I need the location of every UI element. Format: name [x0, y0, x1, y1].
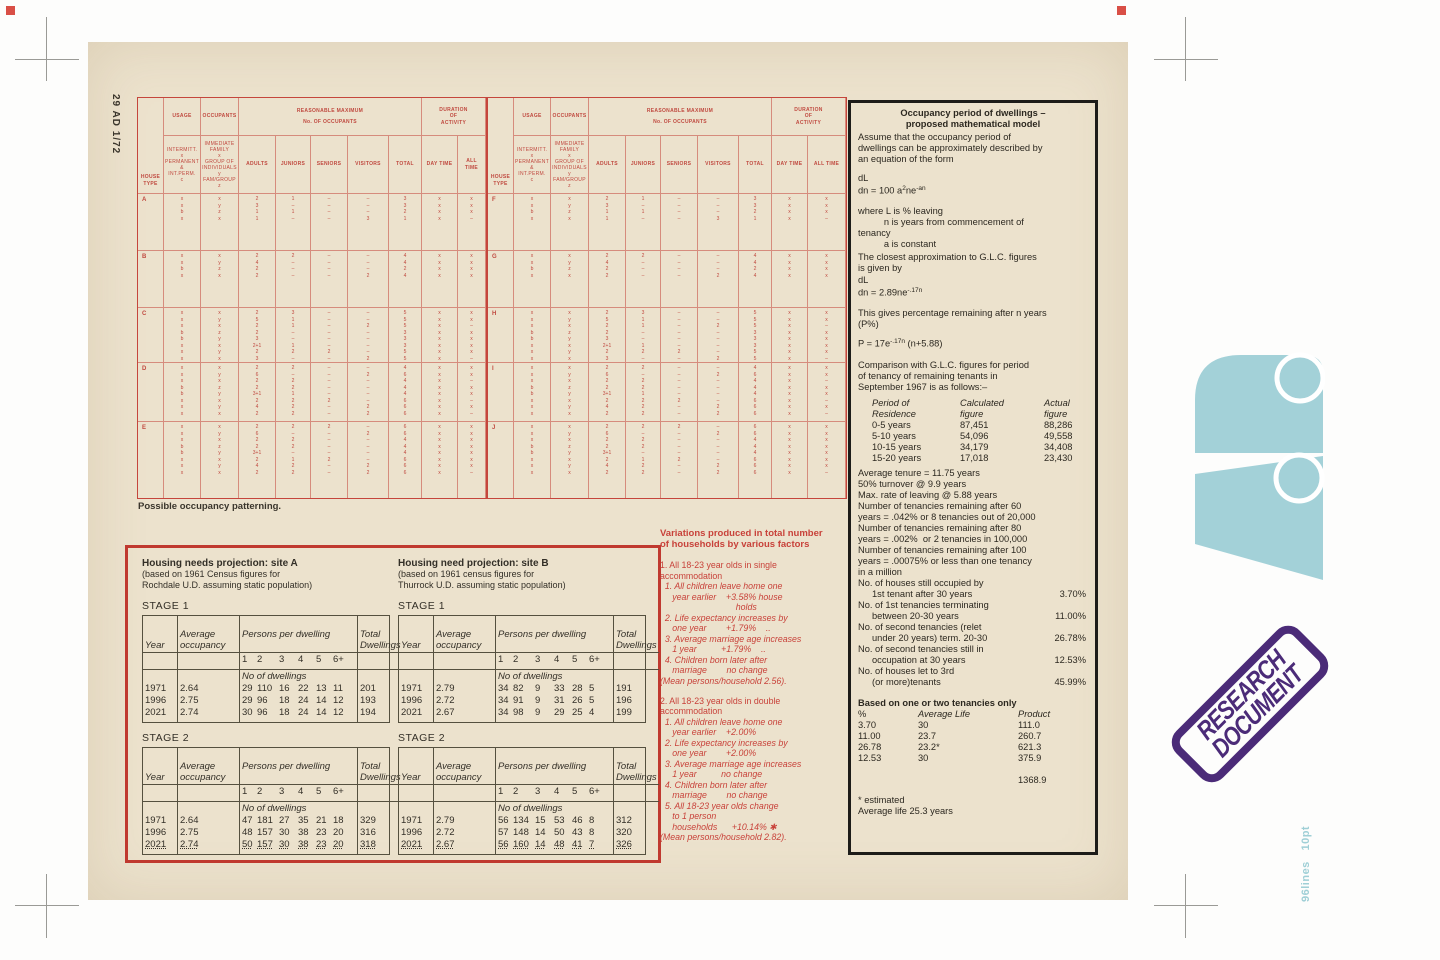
- form-cell: xyxzyxyx: [201, 308, 239, 362]
- form-cell: 26223+1242: [589, 363, 626, 421]
- occupancy-cell: 2.74: [180, 707, 237, 719]
- site-subtitle: Rochdale U.D. assuming static population…: [142, 580, 390, 591]
- ppd-cells: 3498929254: [498, 707, 611, 719]
- column-header: ALL TIME: [808, 136, 846, 194]
- form-cell: xxxbbxxx: [514, 422, 551, 498]
- occupancy-form-header: HOUSETYPEUSAGEOCCUPANTSREASONABLE MAXIMU…: [138, 98, 486, 194]
- equation-2: dL dn = 2.89ne-.17n: [858, 276, 1088, 299]
- duration-header: DURATIONOFACTIVITY: [772, 98, 846, 136]
- ad-magazine-logo: [1183, 352, 1325, 610]
- usage-subheader: INTERMITT.xPERMANENT&INT.PERM.c: [514, 136, 551, 194]
- housing-table: YearAverageoccupancyPersons per dwelling…: [398, 747, 646, 855]
- form-cell: –––3: [348, 194, 389, 250]
- column-header: ADULTS: [589, 136, 626, 194]
- crop-mark-top-left-v: [46, 17, 47, 81]
- variations-section: 1. All 18-23 year olds in singleaccommod…: [660, 560, 842, 686]
- occupancy-header: Averageoccupancy: [177, 748, 239, 784]
- form-cell: xxxxxxxx: [772, 363, 808, 421]
- house-type-row: Cxxxbbxxxxyxzyxyx252232+123311––12––––––…: [138, 308, 486, 363]
- percentage-item: No. of second tenancies still inoccupati…: [858, 644, 1088, 666]
- occupants-subheader: IMMEDIATEFAMILYxGROUP OFINDIVIDUALSyFAM/…: [551, 136, 589, 194]
- form-cell: xxxxxxxx: [772, 308, 808, 362]
- site-subtitle: (based on 1961 Census figures for: [142, 569, 390, 580]
- column-header: ALL TIME: [458, 136, 486, 194]
- comparison-cell: 88,286: [1044, 420, 1088, 431]
- column-header: DAY TIME: [422, 136, 458, 194]
- form-cell: 2422: [239, 251, 276, 307]
- comparison-cell: 87,451: [960, 420, 1044, 431]
- housing-table: YearAverageoccupancyPersons per dwelling…: [142, 747, 390, 855]
- crop-mark-top-right-h: [1154, 59, 1218, 60]
- house-type-row: Jxxxbbxxxxyxzyxyx26223+12422–22–1222––––…: [488, 422, 846, 499]
- form-cell: –2––––22: [698, 422, 739, 498]
- column-header: JUNIORS: [626, 136, 661, 194]
- house-type-label: G: [488, 251, 514, 307]
- ppd-cells: 561601448417: [498, 839, 611, 851]
- print-spec-label: 96lines 10pt: [1300, 782, 1312, 902]
- duration-header: DURATIONOFACTIVITY: [422, 98, 486, 136]
- form-cell: ––2––––2: [698, 308, 739, 362]
- comparison-cell: 54,096: [960, 431, 1044, 442]
- occupancy-cell: 2.72: [436, 695, 493, 707]
- occupancy-cell: 2.75: [180, 827, 237, 839]
- comparison-cell: 0-5 years: [872, 420, 960, 431]
- form-cell: xxxbbxxx: [164, 422, 201, 498]
- comparison-cell: 49,558: [1044, 431, 1088, 442]
- form-cell: xyxzyxyx: [551, 308, 589, 362]
- form-cell: xxxbbxxx: [514, 363, 551, 421]
- variations-column: Variations produced in total numberof ho…: [660, 528, 842, 842]
- year-cell: 1971: [401, 815, 431, 827]
- form-cell: 26223+1242: [239, 363, 276, 421]
- house-type-label: I: [488, 363, 514, 421]
- usage-header: USAGE: [514, 98, 551, 136]
- based-cell: 3.70: [858, 720, 918, 731]
- form-cell: –––3: [698, 194, 739, 250]
- form-cell: xxxbbxxx: [164, 308, 201, 362]
- occupancy-body: 2.792.722.67: [433, 669, 495, 722]
- based-header: Product: [1018, 709, 1088, 720]
- form-cell: xyxzyxyx: [201, 422, 239, 498]
- total-cell: 312: [616, 815, 657, 827]
- total-cell: 318: [360, 839, 401, 851]
- based-cell: 375.9: [1018, 753, 1088, 764]
- stage-label: STAGE 2: [142, 732, 390, 744]
- form-cell: 55533355: [739, 308, 772, 362]
- ppd-cells: 561341553468: [498, 815, 611, 827]
- ppd-cells: 309618241412: [242, 707, 355, 719]
- form-cell: 2311: [239, 194, 276, 250]
- ppd-cells: 571481450438: [498, 827, 611, 839]
- occupancy-body: 2.642.752.74: [177, 669, 239, 722]
- crop-mark-top-left-h: [15, 59, 79, 60]
- ppd-cells: 2911016221311: [242, 683, 355, 695]
- based-header: Average Life: [918, 709, 1018, 720]
- form-cell: ––––––2–: [661, 308, 698, 362]
- form-cell: xxx–: [808, 194, 846, 250]
- form-cell: 2–22–122: [276, 422, 311, 498]
- housing-projection-box: Housing needs projection: site A(based o…: [125, 545, 661, 863]
- form-cell: 2–22–122: [626, 422, 661, 498]
- column-header: ADULTS: [239, 136, 276, 194]
- comparison-cell: 34,408: [1044, 442, 1088, 453]
- form-cell: 2–––: [626, 251, 661, 307]
- form-cell: xxbx: [514, 194, 551, 250]
- total-cell: 320: [616, 827, 657, 839]
- comparison-cell: 17,018: [960, 453, 1044, 464]
- column-header: SENIORS: [661, 136, 698, 194]
- house-type-label: B: [138, 251, 164, 307]
- based-cell: 12.53: [858, 753, 918, 764]
- total-body: 201193194: [357, 669, 403, 722]
- based-header: %: [858, 709, 918, 720]
- form-cell: 311––12–: [276, 308, 311, 362]
- form-cell: xxxxxxxx: [422, 422, 458, 498]
- percentage-item: No. of houses let to 3rd(or more)tenants…: [858, 666, 1088, 688]
- form-cell: xxbx: [164, 194, 201, 250]
- research-document-stamp: RESEARCH DOCUMENT: [1134, 588, 1366, 820]
- column-header: DAY TIME: [772, 136, 808, 194]
- year-body: 197119962021: [143, 669, 177, 722]
- ppd-body: No of dwellings5613415534685714814504385…: [495, 801, 613, 854]
- house-type-label: H: [488, 308, 514, 362]
- occupancy-body: 2.642.752.74: [177, 801, 239, 854]
- form-cell: xxxxxxxx: [422, 308, 458, 362]
- percentage-item: No. of houses still occupied by1st tenan…: [858, 578, 1088, 600]
- based-cell: 23.7: [918, 731, 1018, 742]
- form-cell: xxxxxxxx: [772, 422, 808, 498]
- house-type-label: A: [138, 194, 164, 250]
- total-body: 329316318: [357, 801, 403, 854]
- percentage-item: No. of 1st tenancies terminatingbetween …: [858, 600, 1088, 622]
- column-header: SENIORS: [311, 136, 348, 194]
- form-cell: xyxzyxyx: [551, 422, 589, 498]
- based-cell: 23.2*: [918, 742, 1018, 753]
- reasonable-maximum-header: REASONABLE MAXIMUMNo. OF OCCUPANTS: [589, 98, 772, 136]
- house-type-row: Ixxxbbxxxxyxzyxyx26223+12422–221222–––––…: [488, 363, 846, 422]
- form-cell: ––––: [661, 194, 698, 250]
- model-box-title-line1: Occupancy period of dwellings –: [858, 108, 1088, 119]
- occupancy-cell: 2.75: [180, 695, 237, 707]
- percentage-note: This gives percentage remaining after n …: [858, 308, 1088, 330]
- document-page: 29 AD 1/72 HOUSETYPEUSAGEOCCUPANTSREASON…: [88, 42, 1128, 900]
- equation-1: dL dn = 100 a2ne-an: [858, 174, 1088, 197]
- crop-mark-bottom-left-v: [46, 874, 47, 938]
- comparison-cell: 34,179: [960, 442, 1044, 453]
- form-cell: xyxzyxyx: [551, 363, 589, 421]
- form-cell: 46444666: [739, 363, 772, 421]
- form-cell: 26223+1242: [589, 422, 626, 498]
- occupants-subheader: IMMEDIATEFAMILYxGROUP OFINDIVIDUALSyFAM/…: [201, 136, 239, 194]
- where-clause: where L is % leaving n is years from com…: [858, 206, 1088, 250]
- based-total: 1368.9: [1018, 775, 1088, 786]
- ppd-number-row: 123456+: [495, 652, 613, 669]
- comparison-header: Actualfigure: [1044, 398, 1088, 420]
- form-cell: –2––––22: [348, 363, 389, 421]
- form-cell: xxbx: [164, 251, 201, 307]
- year-cell: 1971: [401, 683, 431, 695]
- based-cell: 621.3: [1018, 742, 1088, 753]
- total-cell: 194: [360, 707, 401, 719]
- form-cell: ––––: [311, 251, 348, 307]
- occupants-header: OCCUPANTS: [201, 98, 239, 136]
- form-cell: 2–––: [276, 251, 311, 307]
- year-body: 197119962021: [399, 801, 433, 854]
- comparison-cell: 23,430: [1044, 453, 1088, 464]
- form-cell: 4424: [739, 251, 772, 307]
- page-margin-label: 29 AD 1/72: [110, 94, 121, 154]
- total-body: 312320326: [613, 801, 659, 854]
- variations-heading: Variations produced in total numberof ho…: [660, 528, 842, 550]
- form-cell: xxxxxxx–: [808, 422, 846, 498]
- site-title: Housing needs projection: site A: [142, 558, 390, 569]
- form-cell: xxxx: [772, 194, 808, 250]
- house-type-row: Fxxbxxyzx23111–1––––––––33321xxxxxxx–: [488, 194, 846, 251]
- ppd-cells: 4815730382320: [242, 827, 355, 839]
- occupancy-header: Averageoccupancy: [433, 748, 495, 784]
- form-cell: 66444666: [389, 422, 422, 498]
- occupancy-header: Averageoccupancy: [433, 616, 495, 652]
- form-cell: xxxx: [422, 251, 458, 307]
- total-cell: 199: [616, 707, 657, 719]
- based-cell: 30: [918, 720, 1018, 731]
- form-cell: 55533355: [389, 308, 422, 362]
- table-caption: Possible occupancy patterning.: [138, 501, 281, 512]
- model-box-title-line2: proposed mathematical model: [858, 119, 1088, 130]
- form-cell: xxxx: [772, 251, 808, 307]
- column-header: VISITORS: [698, 136, 739, 194]
- ppd-body: No of dwellings2911016221311299618241412…: [239, 669, 357, 722]
- crop-mark-bottom-right-v: [1185, 874, 1186, 938]
- scanned-page-canvas: 29 AD 1/72 HOUSETYPEUSAGEOCCUPANTSREASON…: [0, 0, 1440, 960]
- house-type-label: F: [488, 194, 514, 250]
- form-cell: 252232+123: [589, 308, 626, 362]
- year-header: Year: [143, 616, 177, 652]
- ppd-cells: 299618241412: [242, 695, 355, 707]
- form-cell: xyzx: [551, 194, 589, 250]
- form-cell: 2311: [589, 194, 626, 250]
- ppd-number-row: 123456+: [239, 784, 357, 801]
- year-body: 197119962021: [399, 669, 433, 722]
- comparison-header: Period ofResidence: [872, 398, 960, 420]
- ppd-cells: 3491931265: [498, 695, 611, 707]
- ppd-header: Persons per dwelling: [495, 616, 613, 652]
- form-cell: xxxx: [458, 251, 486, 307]
- approximation-note: The closest approximation to G.L.C. figu…: [858, 252, 1088, 274]
- occupancy-cell: 2.64: [180, 683, 237, 695]
- form-cell: ––––: [661, 251, 698, 307]
- form-cell: 46444666: [389, 363, 422, 421]
- form-cell: 4424: [389, 251, 422, 307]
- ppd-number-row: 123456+: [239, 652, 357, 669]
- form-cell: xx–xx–x–: [458, 363, 486, 421]
- crop-mark-top-right-v: [1185, 17, 1186, 81]
- column-header: TOTAL: [739, 136, 772, 194]
- year-cell: 1971: [145, 683, 175, 695]
- year-cell: 1996: [401, 695, 431, 707]
- occupancy-body: 2.792.722.67: [433, 801, 495, 854]
- house-type-label: D: [138, 363, 164, 421]
- comparison-table: Period ofResidenceCalculatedfigureActual…: [872, 398, 1088, 464]
- occupancy-cell: 2.72: [436, 827, 493, 839]
- comparison-cell: 5-10 years: [872, 431, 960, 442]
- year-cell: 2021: [145, 707, 175, 719]
- stage-label: STAGE 1: [398, 600, 646, 612]
- site-title: Housing need projection: site B: [398, 558, 646, 569]
- total-cell: 329: [360, 815, 401, 827]
- form-cell: 2–221222: [626, 363, 661, 421]
- ppd-header: Persons per dwelling: [495, 748, 613, 784]
- year-header: Year: [399, 616, 433, 652]
- housing-table: YearAverageoccupancyPersons per dwelling…: [398, 615, 646, 723]
- percentage-item: No. of second tenancies (reletunder 20 y…: [858, 622, 1088, 644]
- total-cell: 193: [360, 695, 401, 707]
- form-cell: xx–xxxx–: [808, 308, 846, 362]
- year-body: 197119962021: [143, 801, 177, 854]
- form-cell: –2––––22: [698, 363, 739, 421]
- form-cell: 1–1–: [276, 194, 311, 250]
- reasonable-maximum-header: REASONABLE MAXIMUMNo. OF OCCUPANTS: [239, 98, 422, 136]
- form-cell: 2422: [589, 251, 626, 307]
- stage-label: STAGE 2: [398, 732, 646, 744]
- site-subtitle: (based on 1961 census figures for: [398, 569, 646, 580]
- ppd-cells: 4718127352118: [242, 815, 355, 827]
- house-type-header: HOUSETYPE: [138, 98, 164, 194]
- based-cell: 111.0: [1018, 720, 1088, 731]
- form-cell: xyzx: [201, 194, 239, 250]
- form-cell: –––––2––: [661, 363, 698, 421]
- occupancy-form-table-right: HOUSETYPEUSAGEOCCUPANTSREASONABLE MAXIMU…: [487, 97, 847, 499]
- year-cell: 1971: [145, 815, 175, 827]
- site-b-column: Housing need projection: site B(based on…: [398, 558, 646, 855]
- based-cell: 26.78: [858, 742, 918, 753]
- comparison-cell: 10-15 years: [872, 442, 960, 453]
- form-cell: xxbx: [514, 251, 551, 307]
- year-header: Year: [399, 748, 433, 784]
- ppd-body: No of dwellings4718127352118481573038232…: [239, 801, 357, 854]
- form-cell: ––2––––2: [348, 308, 389, 362]
- total-cell: 196: [616, 695, 657, 707]
- housing-table: YearAverageoccupancyPersons per dwelling…: [142, 615, 390, 723]
- house-type-row: Gxxbxxyzx24222––––––––––24424xxxxxxxx: [488, 251, 846, 308]
- house-type-row: Bxxbxxyzx24222––––––––––24424xxxxxxxx: [138, 251, 486, 308]
- form-cell: xxxxxxxx: [422, 363, 458, 421]
- column-header: VISITORS: [348, 136, 389, 194]
- form-cell: –––2: [348, 251, 389, 307]
- form-cell: xxxx: [808, 251, 846, 307]
- form-cell: –2––––22: [348, 422, 389, 498]
- form-cell: 1–1–: [626, 194, 661, 250]
- form-cell: ––––––2–: [311, 308, 348, 362]
- year-cell: 1996: [145, 695, 175, 707]
- house-type-row: Hxxxbbxxxxyxzyxyx252232+123311––12––––––…: [488, 308, 846, 363]
- year-cell: 2021: [145, 839, 175, 851]
- house-type-row: Dxxxbbxxxxyxzyxyx26223+12422–221222–––––…: [138, 363, 486, 422]
- house-type-row: Axxbxxyzx23111–1––––––––33321xxxxxxx–: [138, 194, 486, 251]
- stage-label: STAGE 1: [142, 600, 390, 612]
- variations-section: 2. All 18-23 year olds in doubleaccommod…: [660, 696, 842, 843]
- based-cell: 260.7: [1018, 731, 1088, 742]
- occupancy-cell: 2.79: [436, 683, 493, 695]
- ppd-number-row: 123456+: [495, 784, 613, 801]
- column-header: JUNIORS: [276, 136, 311, 194]
- form-cell: xx–xx–x–: [808, 363, 846, 421]
- form-cell: 3321: [739, 194, 772, 250]
- ppd-header: Persons per dwelling: [239, 748, 357, 784]
- site-subtitle: Thurrock U.D. assuming static population…: [398, 580, 646, 591]
- tenancy-statistics: Average tenure = 11.75 years50% turnover…: [858, 468, 1088, 578]
- form-cell: xxx–: [458, 194, 486, 250]
- form-cell: 252232+123: [239, 308, 276, 362]
- site-a-column: Housing needs projection: site A(based o…: [142, 558, 390, 855]
- form-cell: ––––: [311, 194, 348, 250]
- form-cell: xyxzyxyx: [201, 363, 239, 421]
- column-header: TOTAL: [389, 136, 422, 194]
- form-cell: xxxx: [422, 194, 458, 250]
- total-header: TotalDwellings: [357, 748, 403, 784]
- occupancy-cell: 2.67: [436, 707, 493, 719]
- based-cell: 30: [918, 753, 1018, 764]
- tenancy-product-table: %Average LifeProduct3.7030111.011.0023.7…: [858, 709, 1088, 786]
- ppd-body: No of dwellings3482933285349193126534989…: [495, 669, 613, 722]
- form-cell: 26223+1242: [239, 422, 276, 498]
- total-header: TotalDwellings: [613, 748, 659, 784]
- form-cell: 2–221222: [276, 363, 311, 421]
- occupancy-header: Averageoccupancy: [177, 616, 239, 652]
- occupancy-cell: 2.74: [180, 839, 237, 851]
- percentage-breakdown: No. of houses still occupied by1st tenan…: [858, 578, 1088, 688]
- form-cell: xxxbbxxx: [164, 363, 201, 421]
- form-cell: –––––2––: [311, 363, 348, 421]
- total-cell: 326: [616, 839, 657, 851]
- ppd-cells: 3482933285: [498, 683, 611, 695]
- comparison-intro: Comparison with G.L.C. figures for perio…: [858, 360, 1088, 393]
- form-cell: 311––12–: [626, 308, 661, 362]
- form-cell: 2––––2––: [311, 422, 348, 498]
- form-cell: xx–xxxx–: [458, 308, 486, 362]
- occupancy-form-table-left: HOUSETYPEUSAGEOCCUPANTSREASONABLE MAXIMU…: [137, 97, 487, 499]
- occupancy-model-box: Occupancy period of dwellings – proposed…: [848, 100, 1098, 855]
- based-cell: 11.00: [858, 731, 918, 742]
- house-type-label: C: [138, 308, 164, 362]
- crop-mark-bottom-left-h: [15, 905, 79, 906]
- usage-subheader: INTERMITT.xPERMANENT&INT.PERM.c: [164, 136, 201, 194]
- comparison-header: Calculatedfigure: [960, 398, 1044, 420]
- usage-header: USAGE: [164, 98, 201, 136]
- registration-square-top-left: [6, 6, 15, 15]
- house-type-label: J: [488, 422, 514, 498]
- form-cell: xxxxxxx–: [458, 422, 486, 498]
- based-title: Based on one or two tenancies only: [858, 698, 1088, 709]
- occupancy-form-header: HOUSETYPEUSAGEOCCUPANTSREASONABLE MAXIMU…: [488, 98, 846, 194]
- model-box-title: Occupancy period of dwellings – proposed…: [858, 108, 1088, 130]
- occupancy-cell: 2.64: [180, 815, 237, 827]
- total-cell: 191: [616, 683, 657, 695]
- occupancy-cell: 2.79: [436, 815, 493, 827]
- model-footnotes: * estimated Average life 25.3 years: [858, 795, 1088, 817]
- total-header: TotalDwellings: [613, 616, 659, 652]
- total-header: TotalDwellings: [357, 616, 403, 652]
- year-cell: 1996: [145, 827, 175, 839]
- registration-square-top-right: [1117, 6, 1126, 15]
- house-type-label: E: [138, 422, 164, 498]
- form-cell: –––2: [698, 251, 739, 307]
- house-type-row: Exxxbbxxxxyxzyxyx26223+12422–22–1222––––…: [138, 422, 486, 499]
- occupancy-cell: 2.67: [436, 839, 493, 851]
- form-cell: xyzx: [551, 251, 589, 307]
- form-cell: 2––––2––: [661, 422, 698, 498]
- comparison-cell: 15-20 years: [872, 453, 960, 464]
